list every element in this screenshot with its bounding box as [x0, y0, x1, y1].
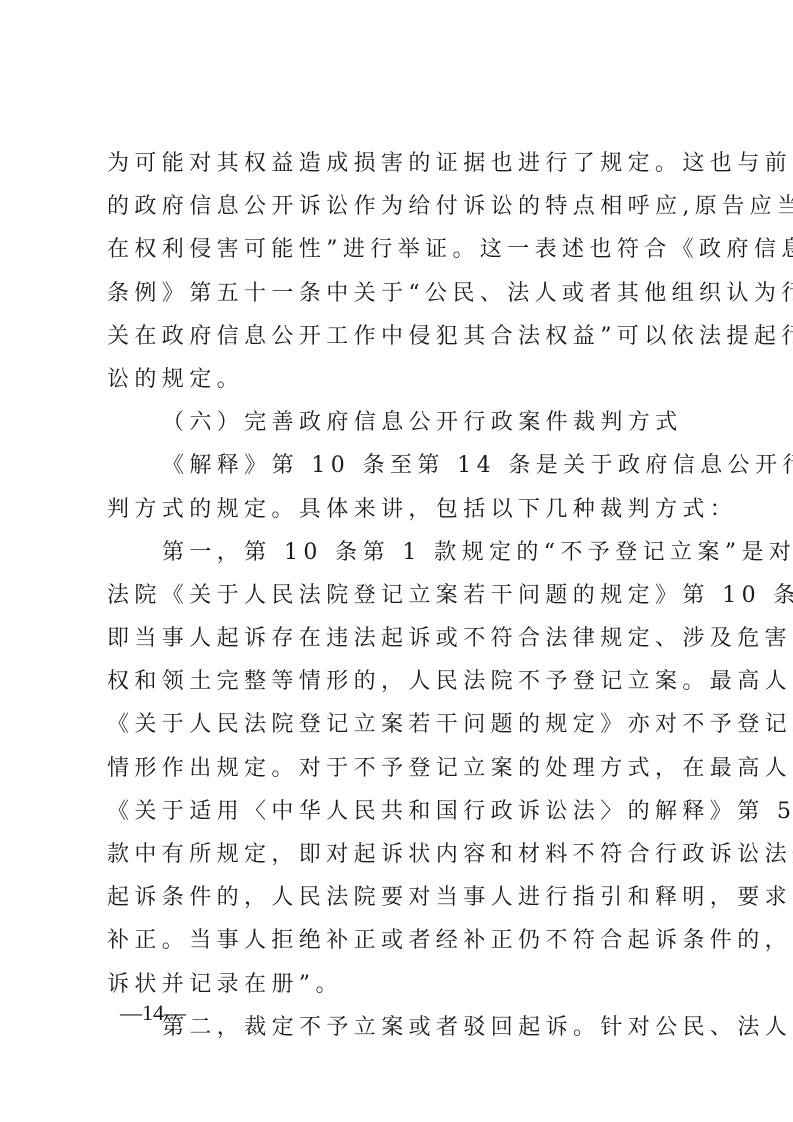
paragraph-line: 判方式的规定。具体来讲，包括以下几种裁判方式： — [107, 488, 687, 531]
paragraph-line: 的政府信息公开诉讼作为给付诉讼的特点相呼应,原告应当就“存 — [107, 185, 687, 228]
paragraph-line: 《解释》第 10 条至第 14 条是关于政府信息公开行政案件裁 — [107, 444, 687, 487]
paragraph-line: 起诉条件的，人民法院要对当事人进行指引和释明，要求其进行 — [107, 876, 687, 919]
section-heading: （六）完善政府信息公开行政案件裁判方式 — [107, 401, 687, 444]
paragraph-line: 第一，第 10 条第 1 款规定的“不予登记立案”是对最高人民 — [107, 531, 687, 574]
paragraph-line: 补正。当事人拒绝补正或者经补正仍不符合起诉条件的，“退回 — [107, 919, 687, 962]
paragraph-line: 关在政府信息公开工作中侵犯其合法权益”可以依法提起行政诉 — [107, 315, 687, 358]
paragraph-line: 款中有所规定，即对起诉状内容和材料不符合行政诉讼法规定的 — [107, 833, 687, 876]
paragraph-line: 在权利侵害可能性”进行举证。这一表述也符合《政府信息公开 — [107, 228, 687, 271]
paragraph-line: 第二，裁定不予立案或者驳回起诉。针对公民、法人或者其 — [107, 1006, 687, 1049]
paragraph-line: 诉状并记录在册”。 — [107, 963, 687, 1006]
paragraph-line: 《关于适用〈中华人民共和国行政诉讼法〉的解释》第 55 条第 2 — [107, 790, 687, 833]
paragraph-line: 为可能对其权益造成损害的证据也进行了规定。这也与前面提到 — [107, 142, 687, 185]
page-number: —14— — [120, 1000, 186, 1026]
paragraph-line: 即当事人起诉存在违法起诉或不符合法律规定、涉及危害国家主 — [107, 617, 687, 660]
paragraph-line: 情形作出规定。对于不予登记立案的处理方式，在最高人民法院 — [107, 747, 687, 790]
paragraph-line: 条例》第五十一条中关于“公民、法人或者其他组织认为行政机 — [107, 272, 687, 315]
document-body: 为可能对其权益造成损害的证据也进行了规定。这也与前面提到 的政府信息公开诉讼作为… — [107, 142, 687, 1049]
paragraph-line: 讼的规定。 — [107, 358, 687, 401]
paragraph-line: 权和领土完整等情形的，人民法院不予登记立案。最高人民法院 — [107, 660, 687, 703]
paragraph-line: 法院《关于人民法院登记立案若干问题的规定》第 10 条的重申， — [107, 574, 687, 617]
paragraph-line: 《关于人民法院登记立案若干问题的规定》亦对不予登记立案的 — [107, 703, 687, 746]
